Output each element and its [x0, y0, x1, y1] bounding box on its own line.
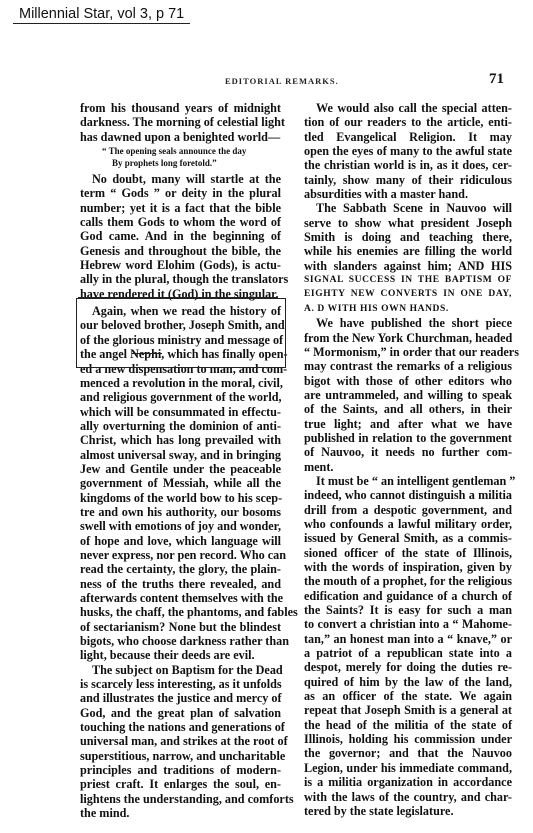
text-line: Illinois, holding his commission under: [304, 732, 512, 746]
text-line: a patriot of a republican state into a: [304, 646, 512, 660]
text-line: government of Messiah, while all the: [80, 476, 281, 490]
text-line: despot, merely for doing the duties re-: [304, 660, 512, 674]
text-line: of Nauvoo, it needs no further com-: [304, 445, 512, 459]
text-line: and religious government of the world,: [80, 390, 281, 404]
text-line: drill from a despotic government, and: [304, 503, 512, 517]
text-line: light, because their deeds are evil.: [80, 648, 281, 662]
text-line: as an officer of the state. We again: [304, 689, 512, 703]
text-line: Genesis and throughout the bible, the: [80, 244, 281, 258]
text-line: bigots, who choose darkness rather than: [80, 634, 281, 648]
text-line: from his thousand years of midnight: [80, 101, 281, 115]
left-column: from his thousand years of midnight dark…: [80, 101, 281, 821]
text-line: Christ, which has long prevailed with: [80, 433, 281, 447]
text-line: tre and own his authority, our bosoms: [80, 505, 281, 519]
text-line: our beloved brother, Joseph Smith, and: [80, 318, 281, 332]
text-line: with the laws of the country, and char-: [304, 790, 512, 804]
text-line: priest craft. It enlarges the soul, en-: [80, 777, 281, 791]
text-line: issued by General Smith, as a commis-: [304, 531, 512, 545]
text-line: are untrammeled, and willing to speak: [304, 388, 512, 402]
text-line: has dawned upon a benighted world—: [80, 130, 281, 144]
text-line: the mind.: [80, 806, 281, 820]
text-line: Again, when we read the history of: [80, 304, 281, 318]
text-line: from the New York Churchman, headed: [304, 331, 512, 345]
paragraph: Again, when we read the history of our b…: [80, 304, 281, 663]
paragraph: It must be “ an intelligent gentleman ” …: [304, 474, 512, 818]
text-line: tered by the state legislature.: [304, 804, 512, 818]
paragraph: We would also call the special atten- ti…: [304, 101, 512, 201]
text-line: calls them Gods to whom the word of: [80, 215, 281, 229]
text-line: indeed, who cannot distinguish a militia: [304, 488, 512, 502]
text-line: The Sabbath Scene in Nauvoo will: [304, 201, 512, 215]
text-line: God, and the great plan of salvation: [80, 706, 281, 720]
text-line: the angel Nephi, which has finally open-: [80, 347, 281, 361]
text-line: may contrast the remarks of a religious: [304, 359, 512, 373]
text-line: A. D WITH HIS OWN HANDS.: [304, 302, 512, 316]
text-line: to convert a christian into a “ Mahome-: [304, 617, 512, 631]
text-line: is a militia organization in accordance: [304, 775, 512, 789]
text-line: almost universal sway, and in bringing: [80, 448, 281, 462]
text-line: No doubt, many will startle at the: [80, 172, 281, 186]
document-caption: Millennial Star, vol 3, p 71: [13, 6, 190, 24]
text-line: with slanders against him; AND HIS: [304, 259, 512, 273]
text-line: open the eyes of many to the awful state: [304, 144, 512, 158]
text-line: sioned officer of the state of Illinois,: [304, 546, 512, 560]
text-line: touching the nations and generations of: [80, 720, 281, 734]
text-line: never express, nor pen record. Who can: [80, 548, 281, 562]
text-line: Legion, under his immediate command,: [304, 761, 512, 775]
running-head: EDITORIAL REMARKS.: [225, 76, 339, 86]
text-line: quired of him by the law of the land,: [304, 675, 512, 689]
paragraph: The subject on Baptism for the Dead is s…: [80, 663, 281, 821]
text-line: of hope and love, which language will: [80, 534, 281, 548]
text-line: is scarcely less interesting, as it unfo…: [80, 677, 281, 691]
underline-mark: [78, 297, 278, 298]
text-line: menced a revolution in the moral, civil,: [80, 376, 281, 390]
text-line: swell with emotions of joy and wonder,: [80, 519, 281, 533]
text-line: the head of the militia of the state of: [304, 718, 512, 732]
text-line: with the words of inspiration, given by: [304, 560, 512, 574]
text-line: “ Mormonism,” in order that our readers: [304, 345, 512, 359]
underline-mark: [78, 367, 236, 368]
text-line: edification and guidance of a church of: [304, 589, 512, 603]
text-line: Smith is doing and teaching there,: [304, 230, 512, 244]
text-line: absurdities with a master hand.: [304, 187, 512, 201]
text-line: ment.: [304, 460, 512, 474]
text-line: tled Evangelical Religion. It may: [304, 130, 512, 144]
verse-quote: “ The opening seals announce the day By …: [80, 146, 281, 169]
text-line: repeat that Joseph Smith is a general at: [304, 703, 512, 717]
verse-line: By prophets long foretold.”: [80, 158, 281, 170]
text-line: The subject on Baptism for the Dead: [80, 663, 281, 677]
text-line: kingdoms of the world bow to his scep-: [80, 491, 281, 505]
text-line: husks, the chaff, the phantoms, and fabl…: [80, 605, 281, 619]
text-line: of sectarianism? None but the blindest: [80, 620, 281, 634]
text-line: superstitious, narrow, and uncharitable: [80, 749, 281, 763]
text-line: the Saints? It is easy for such a man: [304, 603, 512, 617]
text-line: Hebrew word Elohim (Gods), is actu-: [80, 258, 281, 272]
text-line: the mouth of a prophet, for the religiou…: [304, 574, 512, 588]
text-line: who confounds a lawful military order,: [304, 517, 512, 531]
text-line: while his enemies are filling the world: [304, 244, 512, 258]
paragraph: We have published the short piece from t…: [304, 316, 512, 474]
text-line: Jew and Gentile under the peaceable: [80, 462, 281, 476]
text-line: number; yet it is a fact that the bible: [80, 201, 281, 215]
text-line: of the Saints, and all others, in their: [304, 402, 512, 416]
text-line: tan,” an honest man into a “ knave,” or: [304, 632, 512, 646]
underline-mark: [132, 353, 162, 354]
text-line: true light; and after what we have: [304, 417, 512, 431]
text-line: read the certainty, the glory, the plain…: [80, 562, 281, 576]
text-line: bigot with those of other editors who: [304, 374, 512, 388]
paragraph: The Sabbath Scene in Nauvoo will serve t…: [304, 201, 512, 316]
text-line: lightens the understanding, and comforts: [80, 792, 281, 806]
text-line: principles and traditions of modern-: [80, 763, 281, 777]
text-line: and illustrates the justice and mercy of: [80, 691, 281, 705]
text-line: tion of our readers to the article, enti…: [304, 115, 512, 129]
paragraph: No doubt, many will startle at the term …: [80, 172, 281, 301]
text-line: SIGNAL SUCCESS IN THE BAPTISM OF: [304, 273, 512, 287]
text-line: EIGHTY NEW CONVERTS IN ONE DAY,: [304, 287, 512, 301]
text-line: the governor; and that the Nauvoo: [304, 746, 512, 760]
text-line: darkness. The morning of celestial light: [80, 115, 281, 129]
text-line: We would also call the special atten-: [304, 101, 512, 115]
text-line: of the glorious ministry and message of: [80, 333, 281, 347]
right-column: We would also call the special atten- ti…: [304, 101, 512, 818]
text-line: have rendered it (God) in the singular.: [80, 287, 281, 301]
text-line: ally overturning the dominion of anti-: [80, 419, 281, 433]
text-line: afterwards content themselves with the: [80, 591, 281, 605]
text-line: We have published the short piece: [304, 316, 512, 330]
text-line: the christian world is in, as it does, c…: [304, 158, 512, 172]
page-number: 71: [489, 71, 504, 88]
text-line: It must be “ an intelligent gentleman ”: [304, 474, 512, 488]
text-line: which will be consummated in effectu-: [80, 405, 281, 419]
text-line: God came. And in the beginning of: [80, 229, 281, 243]
text-line: serve to show what president Joseph: [304, 216, 512, 230]
text-line: ed a new dispensation to man, and com-: [80, 362, 281, 376]
text-line: published in relation to the government: [304, 431, 512, 445]
text-line: ness of the truths there revealed, and: [80, 577, 281, 591]
text-line: universal man, and strikes at the root o…: [80, 734, 281, 748]
verse-line: “ The opening seals announce the day: [80, 146, 281, 158]
text-line: tainly, show many of their ridiculous: [304, 173, 512, 187]
text-line: ally in the plural, though the translato…: [80, 272, 281, 286]
paragraph: from his thousand years of midnight dark…: [80, 101, 281, 144]
text-line: term “ Gods ” or deity in the plural: [80, 186, 281, 200]
